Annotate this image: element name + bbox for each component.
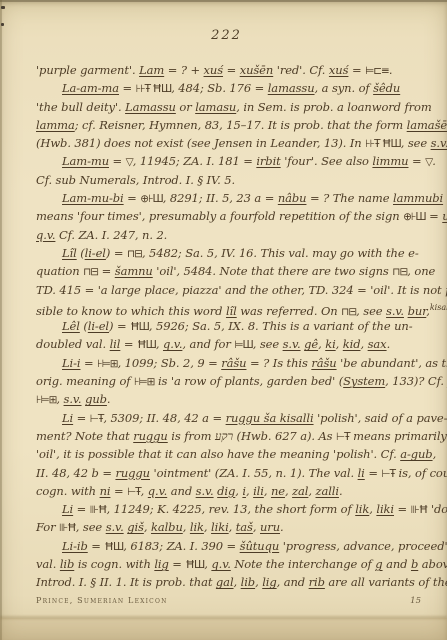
cuneiform-sign: ⊢Ŧ xyxy=(127,486,141,498)
text-segment: . xyxy=(107,392,111,406)
cuneiform-sign: ⊓⊟ xyxy=(392,266,407,278)
text-line: 'the bull deity'. Lamassu or lamasu, in … xyxy=(36,98,419,116)
footer-signature-mark: 15 xyxy=(410,596,421,606)
underlined-word: Lamassu xyxy=(125,100,176,114)
underlined-word: uru xyxy=(260,520,280,534)
text-segment: was referred. On xyxy=(237,304,341,318)
underlined-word: s.v. xyxy=(283,337,301,351)
text-segment: 'four'. See also xyxy=(281,154,373,168)
underlined-word: sax xyxy=(368,337,387,351)
text-segment: = ? + xyxy=(164,63,203,77)
text-line: (Hwb. 381) does not exist (see Jensen in… xyxy=(36,134,419,152)
text-segment: = xyxy=(348,63,365,77)
underlined-word: xuś xyxy=(204,63,224,77)
text-segment: = xyxy=(124,191,141,205)
text-segment: , 5926; Sa. 5, IX. 8. This is a variant … xyxy=(149,319,413,333)
text-segment: quation xyxy=(36,264,83,278)
underlined-word: šamnu xyxy=(115,264,153,278)
text-segment: 'be abundant', as the xyxy=(337,356,447,370)
underlined-word: Lam xyxy=(139,63,164,77)
text-segment: , see xyxy=(356,304,386,318)
underlined-word: liki xyxy=(376,502,394,516)
text-line: Li = ⊢Ŧ, 5309; II. 48, 42 a = ruggu ša k… xyxy=(36,409,419,427)
text-segment: . xyxy=(339,484,343,498)
text-segment: above xyxy=(418,557,447,571)
text-segment: = xyxy=(365,466,382,480)
text-segment: val. xyxy=(36,557,60,571)
cuneiform-sign: ⊢Ŧ xyxy=(336,431,350,443)
underlined-word: bur xyxy=(408,304,427,318)
text-segment: , 133)? Cf. for xyxy=(385,374,447,388)
underlined-word: q.v. xyxy=(36,228,55,242)
text-line: Lam-mu = ▽, 11945; ZA. I. 181 = irbit 'f… xyxy=(36,152,419,170)
text-segment: For xyxy=(36,520,59,534)
text-segment: , xyxy=(141,484,148,498)
underlined-word: Li-ib xyxy=(62,539,88,553)
underlined-word: kid xyxy=(343,337,361,351)
underlined-word: q.v. xyxy=(163,337,182,351)
text-segment: , xyxy=(361,337,368,351)
cuneiform-sign: ⊢Ŧ xyxy=(381,468,395,480)
text-line: La-am-ma = ⊦⊦Ŧ ĦШ, 484; Sb. 176 = lamass… xyxy=(36,79,419,97)
text-line: 'purple garment'. Lam = ? + xuś = xušēn … xyxy=(36,61,419,79)
text-segment: , xyxy=(234,575,241,589)
text-segment: , 1099; Sb. 2, 9 = xyxy=(118,356,222,370)
text-segment: Note the interchange of xyxy=(231,557,376,571)
text-segment: , and xyxy=(277,575,309,589)
text-segment: = xyxy=(169,557,186,571)
underlined-word: lig xyxy=(262,575,276,589)
underlined-word: ni xyxy=(100,484,111,498)
text-line: ment? Note that ruggu is from רקע (Hwb. … xyxy=(36,427,419,445)
underlined-word: lib xyxy=(241,575,255,589)
underlined-word: rib xyxy=(309,575,325,589)
text-segment: Introd. I. § II. 1. It is prob. that xyxy=(36,575,216,589)
text-line: sible to know to which this word lîl was… xyxy=(36,299,419,317)
text-segment: , xyxy=(204,520,211,534)
underlined-word: g xyxy=(375,557,382,571)
underlined-word: ruggu xyxy=(133,429,168,443)
page-number: 222 xyxy=(36,28,417,43)
text-segment: 'ointment' (ZA. I. 55, n. 1). The val. xyxy=(150,466,358,480)
text-segment: , 5482; Sa. 5, IV. 16. This val. may go … xyxy=(142,246,419,260)
text-segment: ( xyxy=(80,319,88,333)
text-segment: . xyxy=(432,154,436,168)
cuneiform-sign: ĦШ xyxy=(185,559,204,571)
underlined-word: li-el xyxy=(88,319,109,333)
underlined-word: lik xyxy=(190,520,204,534)
text-segment: , a syn. of xyxy=(315,81,374,95)
text-segment: , xyxy=(433,447,437,461)
text-segment: doubled val. xyxy=(36,337,110,351)
cuneiform-sign: ⊨Ш xyxy=(234,339,252,351)
cuneiform-sign: ⊕⊦Ш xyxy=(140,193,163,205)
text-segment: , see xyxy=(253,337,283,351)
footer-book-title: Prince, Sumerian Lexicon xyxy=(36,596,168,605)
text-segment: (Hwb. 381) does not exist (see Jensen in… xyxy=(36,136,365,150)
text-segment: is from רקע (Hwb. 627 a). As xyxy=(168,429,336,443)
underlined-word: Li-i xyxy=(62,356,80,370)
text-segment: means primarily xyxy=(350,429,447,443)
underlined-word: lil xyxy=(110,337,121,351)
text-segment: 'polish', said of a pave- xyxy=(314,411,447,425)
text-segment: , xyxy=(156,337,163,351)
cuneiform-sign: ▽ xyxy=(126,156,133,168)
text-segment: , xyxy=(264,484,271,498)
text-segment: , 484; Sb. 176 = xyxy=(171,81,268,95)
text-line: Cf. sub Numerals, Introd. I. § IV. 5. xyxy=(36,171,419,189)
text-line: Lîl (li-el) = ⊓⊟, 5482; Sa. 5, IV. 16. T… xyxy=(36,244,419,262)
text-segment: = xyxy=(223,63,240,77)
text-segment: ment? Note that xyxy=(36,429,133,443)
underlined-word: Li xyxy=(62,502,73,516)
underlined-word: ne xyxy=(271,484,285,498)
cuneiform-sign: ⊪Ħ xyxy=(90,504,107,516)
text-segment: , xyxy=(336,337,343,351)
text-line: Li-ib = ĦШ, 6183; ZA. I. 390 = šûtuqu 'p… xyxy=(36,537,419,555)
underlined-word: lamasu xyxy=(195,100,236,114)
text-segment: , 11249; K. 4225, rev. 13, the short for… xyxy=(107,502,356,516)
text-segment: = xyxy=(88,539,105,553)
text-segment: , xyxy=(183,520,190,534)
text-segment: = xyxy=(109,154,126,168)
text-line: Introd. I. § II. 1. It is prob. that gal… xyxy=(36,573,419,591)
text-segment: is, of course, xyxy=(395,466,447,480)
text-segment: 'oil', it is possible that it can also h… xyxy=(36,447,400,461)
text-segment: = xyxy=(73,411,90,425)
cuneiform-sign: ⊦⊨⊞ xyxy=(97,358,117,370)
underlined-word: zalli xyxy=(316,484,339,498)
text-segment: , xyxy=(229,520,236,534)
text-line: Li-i = ⊦⊨⊞, 1099; Sb. 2, 9 = râšu = ? Is… xyxy=(36,354,419,372)
underlined-word: nâbu xyxy=(278,191,307,205)
cuneiform-sign: ⊓⊟ xyxy=(127,248,142,260)
underlined-word: s.v. xyxy=(106,520,124,534)
underlined-word: râšu xyxy=(311,356,336,370)
underlined-word: Li xyxy=(62,411,73,425)
text-segment: = xyxy=(80,356,97,370)
underlined-word: ux xyxy=(442,209,447,223)
underlined-word: limmu xyxy=(372,154,408,168)
underlined-word: gal xyxy=(216,575,234,589)
cuneiform-sign: ⊦⊨⊞ xyxy=(134,376,154,388)
manuscript-text: 'purple garment'. Lam = ? + xuś = xušēn … xyxy=(36,61,419,592)
text-segment: ) = xyxy=(109,319,130,333)
underlined-word: lib xyxy=(60,557,74,571)
scanned-book-page: 222 'purple garment'. Lam = ? + xuś = xu… xyxy=(0,0,447,640)
underlined-word: gê xyxy=(304,337,318,351)
text-segment: ( xyxy=(77,246,85,260)
text-segment: , see xyxy=(401,136,431,150)
text-segment: 'purple garment'. xyxy=(36,63,139,77)
underlined-word: li xyxy=(358,466,365,480)
superscript-note: kisal. xyxy=(430,303,447,312)
text-line: cogn. with ni = ⊢Ŧ, q.v. and s.v. dig, i… xyxy=(36,482,419,500)
cuneiform-sign: ⊕⊦Ш xyxy=(403,211,426,223)
text-line: Lêl (li-el) = ĦШ, 5926; Sa. 5, IX. 8. Th… xyxy=(36,317,419,335)
underlined-word: lamassu xyxy=(268,81,315,95)
cuneiform-sign: ⊦⊦Ŧ ĦШ xyxy=(136,83,172,95)
text-segment: ; cf. Reisner, Hymnen, 83, 15–17. It is … xyxy=(75,118,407,132)
text-segment: means 'four times', presumably a fourfol… xyxy=(36,209,403,223)
text-line: Lam-mu-bi = ⊕⊦Ш, 8291; II. 5, 23 a = nâb… xyxy=(36,189,419,207)
cuneiform-sign: ⊓⊟ xyxy=(83,266,98,278)
cuneiform-sign: ĦШ xyxy=(130,321,149,333)
text-segment: is cogn. with xyxy=(74,557,154,571)
text-segment: = xyxy=(408,154,425,168)
underlined-word: xuś xyxy=(329,63,349,77)
text-segment: = xyxy=(120,337,137,351)
scan-artifact xyxy=(1,23,4,26)
underlined-word: ruggu xyxy=(115,466,150,480)
scan-edge-top xyxy=(0,0,447,2)
text-segment: or xyxy=(176,100,195,114)
underlined-word: ki xyxy=(325,337,335,351)
underlined-word: ili xyxy=(253,484,264,498)
text-segment: = xyxy=(110,484,127,498)
text-segment: , xyxy=(56,392,63,406)
underlined-word: s.v. alad xyxy=(431,136,447,150)
text-segment: , 5309; II. 48, 42 a = xyxy=(103,411,225,425)
page-footer: Prince, Sumerian Lexicon 15 xyxy=(36,596,421,606)
text-segment: , 11945; ZA. I. 181 = xyxy=(133,154,257,168)
text-segment: ) = xyxy=(106,246,127,260)
text-line: q.v. Cf. ZA. I. 247, n. 2. xyxy=(36,226,419,244)
underlined-word: taš xyxy=(236,520,253,534)
underlined-word: lig xyxy=(154,557,168,571)
text-segment: , one xyxy=(407,264,435,278)
underlined-word: s.v. xyxy=(196,484,214,498)
text-segment: , 8291; II. 5, 23 a = xyxy=(163,191,278,205)
text-segment: = xyxy=(98,264,115,278)
scan-edge-left xyxy=(0,0,2,640)
scan-artifact xyxy=(1,6,5,9)
text-segment: , and for xyxy=(182,337,234,351)
text-segment: 'red'. Cf. xyxy=(273,63,329,77)
text-segment: 'progress, advance, proceed'. This xyxy=(279,539,447,553)
underlined-word: kalbu xyxy=(151,520,183,534)
underlined-word: ruggu ša kisalli xyxy=(226,411,314,425)
underlined-word: gub xyxy=(85,392,107,406)
text-segment: , xyxy=(144,520,151,534)
underlined-word: dig xyxy=(217,484,235,498)
text-line: Li = ⊪Ħ, 11249; K. 4225, rev. 13, the sh… xyxy=(36,500,419,518)
underlined-word: La-am-ma xyxy=(62,81,119,95)
cuneiform-sign: ⊪Ħ xyxy=(59,522,76,534)
text-line: TD. 415 = 'a large place, piazza' and th… xyxy=(36,281,419,299)
underlined-word: liki xyxy=(211,520,229,534)
cuneiform-sign: ⊨⊏≡ xyxy=(365,65,389,77)
underlined-word: a-gub xyxy=(400,447,432,461)
text-segment: = xyxy=(73,502,90,516)
cuneiform-sign: ⊦⊨⊞ xyxy=(36,394,56,406)
underlined-word: lîl xyxy=(226,304,237,318)
text-line: 'oil', it is possible that it can also h… xyxy=(36,445,419,463)
text-segment: = xyxy=(394,502,411,516)
text-segment: are all variants of the xyxy=(325,575,447,589)
text-segment: = ? The name xyxy=(306,191,393,205)
text-line: ⊦⊨⊞, s.v. gub. xyxy=(36,390,419,408)
underlined-word: s.v. xyxy=(386,304,404,318)
underlined-word: li-el xyxy=(85,246,106,260)
text-line: val. lib is cogn. with lig = ĦШ, q.v. No… xyxy=(36,555,419,573)
text-segment: = xyxy=(119,81,136,95)
underlined-word: zal xyxy=(292,484,308,498)
cuneiform-sign: ⊓⊟ xyxy=(341,306,356,318)
text-line: For ⊪Ħ, see s.v. giš, kalbu, lik, liki, … xyxy=(36,518,419,536)
text-segment: orig. meaning of xyxy=(36,374,134,388)
text-segment: , in Sem. is prob. a loanword from xyxy=(236,100,431,114)
text-segment: , 6183; ZA. I. 390 = xyxy=(123,539,239,553)
underlined-word: q.v. xyxy=(148,484,167,498)
text-segment: and xyxy=(167,484,195,498)
text-line: quation ⊓⊟ = šamnu 'oil', 5484. Note tha… xyxy=(36,262,419,280)
text-segment: sible to know to which this word xyxy=(36,304,226,318)
cuneiform-sign: ĦШ xyxy=(137,339,156,351)
text-segment: 'dog'. xyxy=(427,502,447,516)
underlined-word: giš xyxy=(127,520,144,534)
text-segment: = xyxy=(426,209,443,223)
text-segment: 'the bull deity'. xyxy=(36,100,125,114)
text-segment: . xyxy=(389,63,393,77)
underlined-word: râšu xyxy=(221,356,246,370)
text-line: lamma; cf. Reisner, Hymnen, 83, 15–17. I… xyxy=(36,116,419,134)
text-segment: 'oil', 5484. Note that there are two sig… xyxy=(153,264,393,278)
underlined-word: s.v. xyxy=(64,392,82,406)
text-line: orig. meaning of ⊦⊨⊞ is 'a row of plants… xyxy=(36,372,419,390)
text-segment: II. 48, 42 b = xyxy=(36,466,115,480)
underlined-word: šêdu xyxy=(373,81,400,95)
cuneiform-sign: ⊦⊦Ŧ ĦШ xyxy=(365,138,401,150)
scan-bottom-shadow xyxy=(0,618,447,640)
text-segment: Cf. sub Numerals, Introd. I. § IV. 5. xyxy=(36,173,235,187)
text-segment: , see xyxy=(76,520,106,534)
text-segment: and xyxy=(383,557,411,571)
underlined-word: Lêl xyxy=(62,319,80,333)
text-line: II. 48, 42 b = ruggu 'ointment' (ZA. I. … xyxy=(36,464,419,482)
underlined-word: lammubi xyxy=(393,191,443,205)
underlined-word: xušēn xyxy=(240,63,274,77)
underlined-word: q.v. xyxy=(211,557,230,571)
underlined-word: šûtuqu xyxy=(240,539,280,553)
underlined-word: Lîl xyxy=(62,246,77,260)
underlined-word: System xyxy=(343,374,385,388)
underlined-word: Lam-mu xyxy=(62,154,109,168)
text-segment: . xyxy=(280,520,284,534)
text-segment: Cf. ZA. I. 247, n. 2. xyxy=(55,228,167,242)
text-segment: is 'a row of plants, garden bed' ( xyxy=(154,374,343,388)
underlined-word: lik xyxy=(355,502,369,516)
text-segment: TD. 415 = 'a large place, piazza' and th… xyxy=(36,283,447,297)
text-line: doubled val. lil = ĦШ, q.v., and for ⊨Ш,… xyxy=(36,335,419,353)
text-segment: , xyxy=(308,484,315,498)
text-segment: . xyxy=(387,337,391,351)
underlined-word: Lam-mu-bi xyxy=(62,191,124,205)
underlined-word: irbit xyxy=(256,154,280,168)
cuneiform-sign: ĦШ xyxy=(104,541,123,553)
underlined-word: lamašēn xyxy=(407,118,447,132)
cuneiform-sign: ⊪Ħ xyxy=(411,504,428,516)
text-segment: cogn. with xyxy=(36,484,100,498)
underlined-word: lamma xyxy=(36,118,75,132)
text-segment: = ? Is this xyxy=(246,356,311,370)
text-segment: , xyxy=(253,520,260,534)
cuneiform-sign: ⊢Ŧ xyxy=(90,413,104,425)
text-line: means 'four times', presumably a fourfol… xyxy=(36,207,419,225)
